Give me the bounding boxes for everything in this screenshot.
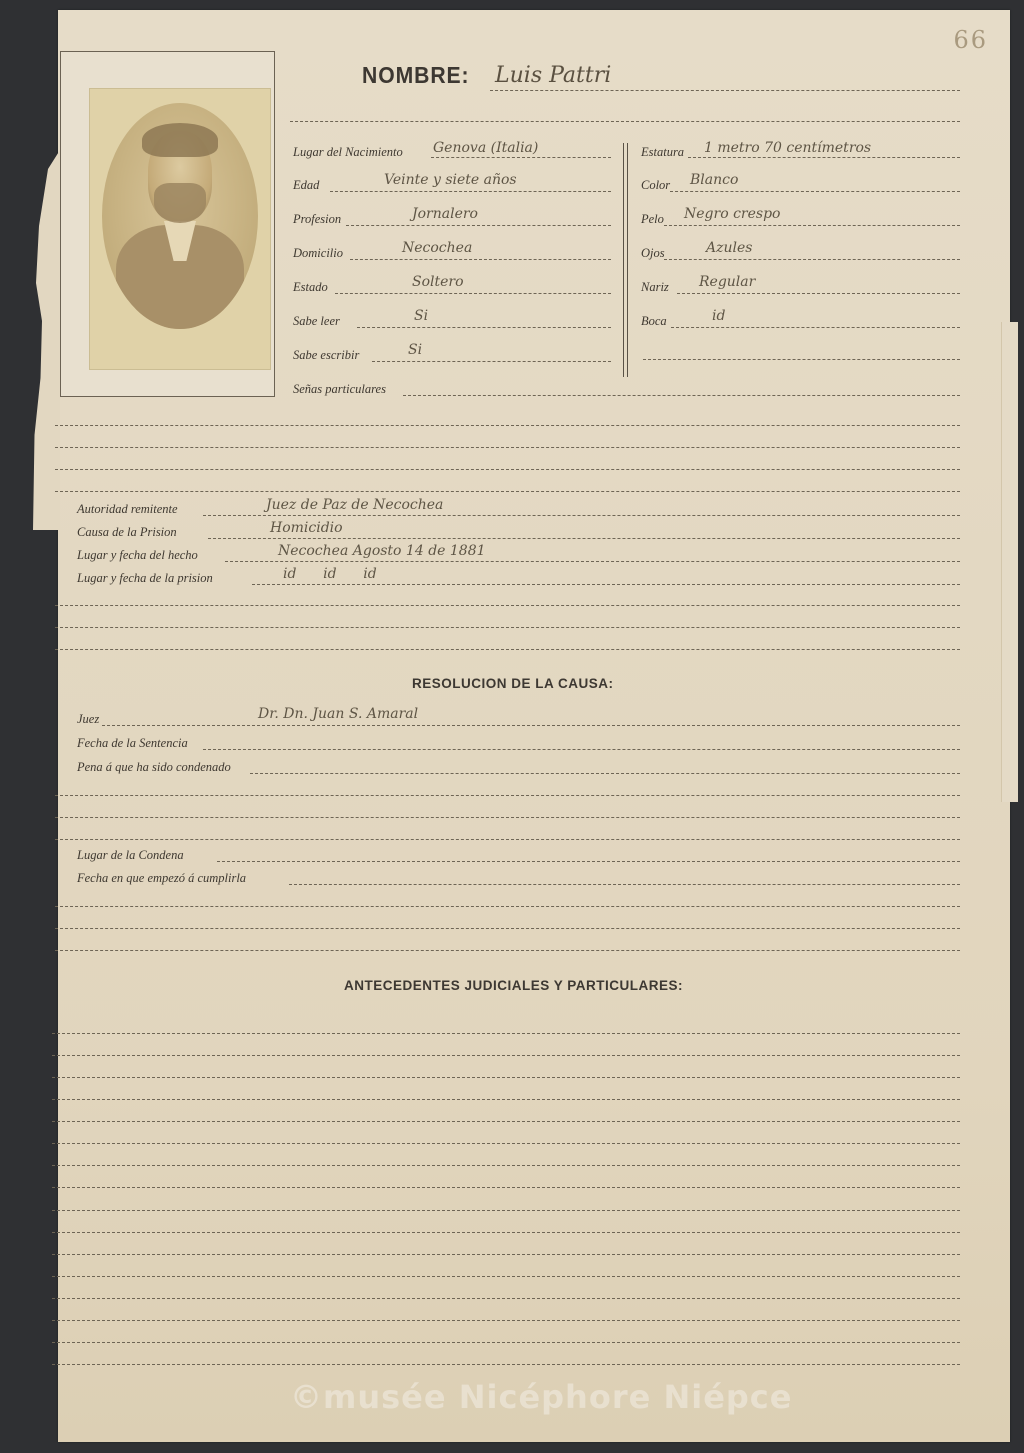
field-value-can-write: Si [408,342,422,358]
portrait-beard [154,183,206,223]
rule [55,839,960,840]
field-value-age: Veinte y siete años [384,172,517,188]
field-value-height: 1 metro 70 centímetros [704,140,871,156]
rule [677,293,960,294]
rule [670,191,960,192]
rule [52,1254,960,1255]
rule [55,928,960,929]
field-label-can-read: Sabe leer [293,314,340,329]
field-label-color: Color [641,178,670,193]
field-label-judge: Juez [77,712,99,727]
field-value-cause: Homicidio [270,520,343,536]
rule [357,327,611,328]
field-value-remitting-authority: Juez de Paz de Necochea [266,497,443,513]
rule [643,359,960,360]
rule [335,293,611,294]
field-label-place-date-prison: Lugar y fecha de la prision [77,571,213,586]
rule [403,395,960,396]
rule [52,1187,960,1188]
rule [664,259,960,260]
section-title-resolution: RESOLUCION DE LA CAUSA: [412,676,614,691]
field-value-civil-status: Soltero [412,274,464,290]
rule [52,1121,960,1122]
field-value-hair: Negro crespo [684,206,780,222]
field-label-place-date-event: Lugar y fecha del hecho [77,548,198,563]
rule [252,584,960,585]
watermark: ©musée Nicéphore Niépce [290,1378,792,1416]
rule [55,469,960,470]
rule [52,1210,960,1211]
field-label-distinguishing-marks: Señas particulares [293,382,386,397]
field-label-hair: Pelo [641,212,664,227]
rule [372,361,611,362]
field-label-civil-status: Estado [293,280,328,295]
section-title-antecedentes: ANTECEDENTES JUDICIALES Y PARTICULARES: [344,978,683,993]
rule [52,1342,960,1343]
field-value-place-date-event: Necochea Agosto 14 de 1881 [278,543,486,559]
field-value-judge: Dr. Dn. Juan S. Amaral [258,706,418,722]
photo-frame [60,51,275,397]
field-label-profession: Profesion [293,212,341,227]
rule [52,1143,960,1144]
rule [250,773,960,774]
field-label-nose: Nariz [641,280,669,295]
rule [664,225,960,226]
rule [217,861,960,862]
rule [52,1055,960,1056]
rule [55,649,960,650]
field-value-domicile: Necochea [402,240,472,256]
rule [55,447,960,448]
portrait-photo [89,88,271,370]
rule [671,327,960,328]
rule [225,561,960,562]
field-value-nose: Regular [699,274,755,290]
column-divider [623,143,628,377]
field-label-place-of-sentence: Lugar de la Condena [77,848,184,863]
rule [52,1033,960,1034]
rule [52,1364,960,1365]
rule [55,950,960,951]
field-value-mouth: id [712,308,725,324]
rule [290,121,960,122]
field-value-birthplace: Genova (Italia) [433,140,538,156]
torn-edge [30,150,60,530]
rule [55,817,960,818]
field-value-color: Blanco [690,172,738,188]
rule [431,157,611,158]
field-label-age: Edad [293,178,319,193]
rule [350,259,611,260]
rule [289,884,960,885]
rule [52,1298,960,1299]
field-value-place-date-prison: id id id [283,566,377,582]
name-rule [490,90,960,91]
name-value: Luis Pattri [495,63,611,88]
rule [55,627,960,628]
rule [55,795,960,796]
field-label-cause: Causa de la Prision [77,525,177,540]
rule [55,491,960,492]
field-label-domicile: Domicilio [293,246,343,261]
rule [52,1320,960,1321]
rule [203,749,960,750]
rule [55,605,960,606]
field-label-sentence-date: Fecha de la Sentencia [77,736,188,751]
field-label-can-write: Sabe escribir [293,348,359,363]
rule [330,191,611,192]
field-label-birthplace: Lugar del Nacimiento [293,145,403,160]
rule [52,1276,960,1277]
rule [52,1165,960,1166]
rule [102,725,960,726]
rule [208,538,960,539]
rule [55,425,960,426]
field-label-penalty: Pena á que ha sido condenado [77,760,231,775]
field-label-mouth: Boca [641,314,667,329]
page-number: 66 [953,26,988,54]
field-value-eyes: Azules [706,240,752,256]
portrait-hair [142,123,218,157]
field-value-profession: Jornalero [412,206,478,222]
field-label-remitting-authority: Autoridad remitente [77,502,178,517]
rule [688,157,960,158]
field-label-height: Estatura [641,145,684,160]
field-label-eyes: Ojos [641,246,665,261]
rule [52,1077,960,1078]
rule [52,1099,960,1100]
rule [346,225,611,226]
name-label: NOMBRE: [362,62,470,89]
rule [55,906,960,907]
rule [203,515,960,516]
field-label-sentence-start-date: Fecha en que empezó á cumplirla [77,871,246,886]
folded-edge [1001,322,1018,802]
rule [52,1232,960,1233]
field-value-can-read: Si [414,308,428,324]
portrait-oval [102,103,258,329]
